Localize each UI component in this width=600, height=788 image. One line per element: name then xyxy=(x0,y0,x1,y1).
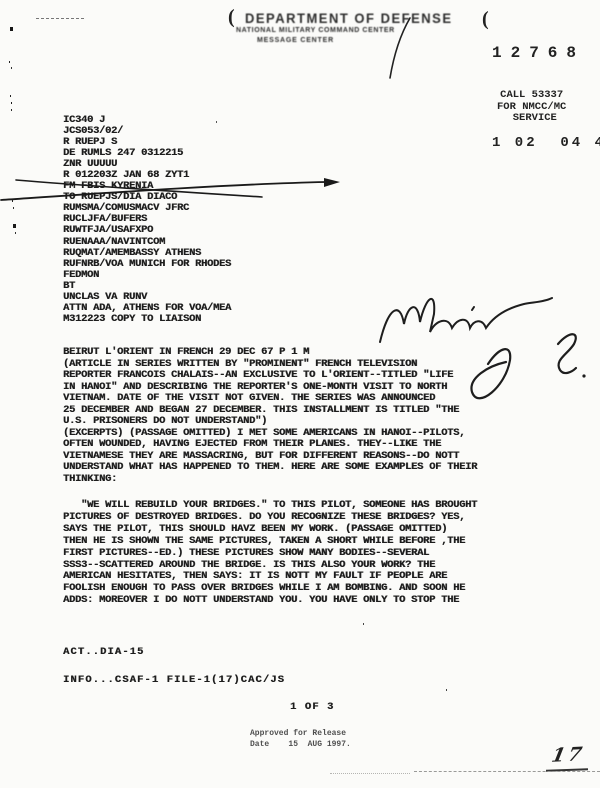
body-line: THEN HE IS SHOWN THE SAME PICTURES, TAKE… xyxy=(63,536,477,548)
body-line: SAYS THE PILOT, THIS SHOULD HAVZ BEEN MY… xyxy=(63,524,477,536)
document-number-stamp: 12768 xyxy=(492,44,585,62)
info-line: INFO...CSAF-1 FILE-1(17)CAC/JS xyxy=(63,674,285,686)
scanned-telegram-page: DEPARTMENT OF DEFENSE NATIONAL MILITARY … xyxy=(0,0,600,788)
letterhead-command-center: NATIONAL MILITARY COMMAND CENTER xyxy=(236,27,395,34)
routing-line: RUFNRB/VOA MUNICH FOR RHODES xyxy=(63,259,231,270)
body-line: UNDERSTAND WHAT HAS HAPPENED TO THEM. HE… xyxy=(63,462,477,474)
handwritten-page-number: 17 xyxy=(550,743,587,767)
routing-line: M312223 COPY TO LIAISON xyxy=(63,314,231,325)
strikethrough-arrow xyxy=(0,174,345,206)
call-service-stamp: CALL 53337 FOR NMCC/MC SERVICE xyxy=(497,90,566,125)
routing-line: FEDMON xyxy=(63,270,231,281)
scan-specks xyxy=(10,27,13,31)
scan-dashed-line xyxy=(414,771,600,772)
time-stamp: 1 02 04 462 xyxy=(492,135,600,151)
scan-paren-right: ( xyxy=(482,8,489,31)
action-line: ACT..DIA-15 xyxy=(63,646,144,658)
routing-block: IC340 JJCS053/02/R RUEPJ SDE RUMLS 247 0… xyxy=(63,115,231,325)
letterhead-message-center: MESSAGE CENTER xyxy=(257,37,334,44)
scan-dashed-mark xyxy=(36,18,84,19)
routing-line: RUENAAA/NAVINTCOM xyxy=(63,237,231,248)
scan-curve-mark xyxy=(382,14,422,84)
message-body-paragraph2: "WE WILL REBUILD YOUR BRIDGES." TO THIS … xyxy=(63,500,477,607)
body-line: OFTEN WOUNDED, HAVING EJECTED FROM THEIR… xyxy=(63,439,477,451)
scan-dotted-line xyxy=(330,773,410,774)
body-line: THINKING: xyxy=(63,474,477,486)
page-count: 1 OF 3 xyxy=(290,701,334,713)
routing-line: RUQMAT/AMEMBASSY ATHENS xyxy=(63,248,231,259)
routing-line: RUWTFJA/USAFXPO xyxy=(63,225,231,236)
scan-paren-left: ( xyxy=(228,6,235,29)
body-line: ADDS: MOREOVER I DO NOTT UNDERSTAND YOU.… xyxy=(63,595,477,607)
approved-for-release-stamp: Approved for Release Date 15 AUG 1997. xyxy=(250,728,351,750)
signature-mclain xyxy=(372,280,592,440)
body-line: FIRST PICTURES--ED.) THESE PICTURES SHOW… xyxy=(63,548,477,560)
